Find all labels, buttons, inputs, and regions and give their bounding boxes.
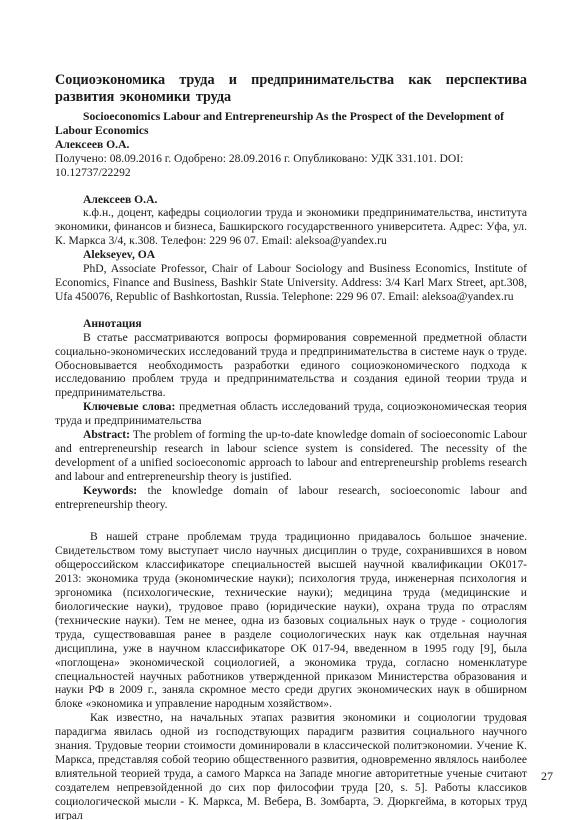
- article-page: Социоэкономика труда и предпринимательст…: [55, 72, 527, 820]
- article-title-en: Socioeconomics Labour and Entrepreneursh…: [55, 110, 527, 138]
- body-paragraph: Как известно, на начальных этапах развит…: [55, 711, 527, 820]
- abstract-en: Abstract: The problem of forming the up-…: [55, 428, 527, 484]
- spacer: [55, 304, 527, 317]
- author-affiliation-en: PhD, Associate Professor, Chair of Labou…: [55, 262, 527, 304]
- keywords-label-ru: Ключевые слова:: [83, 400, 175, 413]
- author-name-ru: Алексеев О.А.: [55, 193, 527, 207]
- author-affiliation-ru: к.ф.н., доцент, кафедры социологии труда…: [55, 206, 527, 248]
- abstract-label-en: Abstract:: [83, 428, 130, 441]
- abstract-text-ru: В статье рассматриваются вопросы формиро…: [55, 331, 527, 401]
- body-paragraph: В нашей стране проблемам труда традицион…: [55, 530, 527, 711]
- abstract-heading-ru: Аннотация: [55, 317, 527, 331]
- keywords-label-en: Keywords:: [83, 484, 137, 497]
- article-title-ru: Социоэкономика труда и предпринимательст…: [55, 72, 527, 106]
- keywords-en: Keywords: the knowledge domain of labour…: [55, 484, 527, 512]
- page-number: 27: [541, 769, 553, 784]
- keywords-ru: Ключевые слова: предметная область иссле…: [55, 400, 527, 428]
- publication-meta: Получено: 08.09.2016 г. Одобрено: 28.09.…: [55, 152, 527, 180]
- author-name-en: Alekseyev, OA: [55, 248, 527, 262]
- spacer: [55, 180, 527, 193]
- author-short: Алексеев О.А.: [55, 138, 527, 152]
- spacer: [55, 511, 527, 530]
